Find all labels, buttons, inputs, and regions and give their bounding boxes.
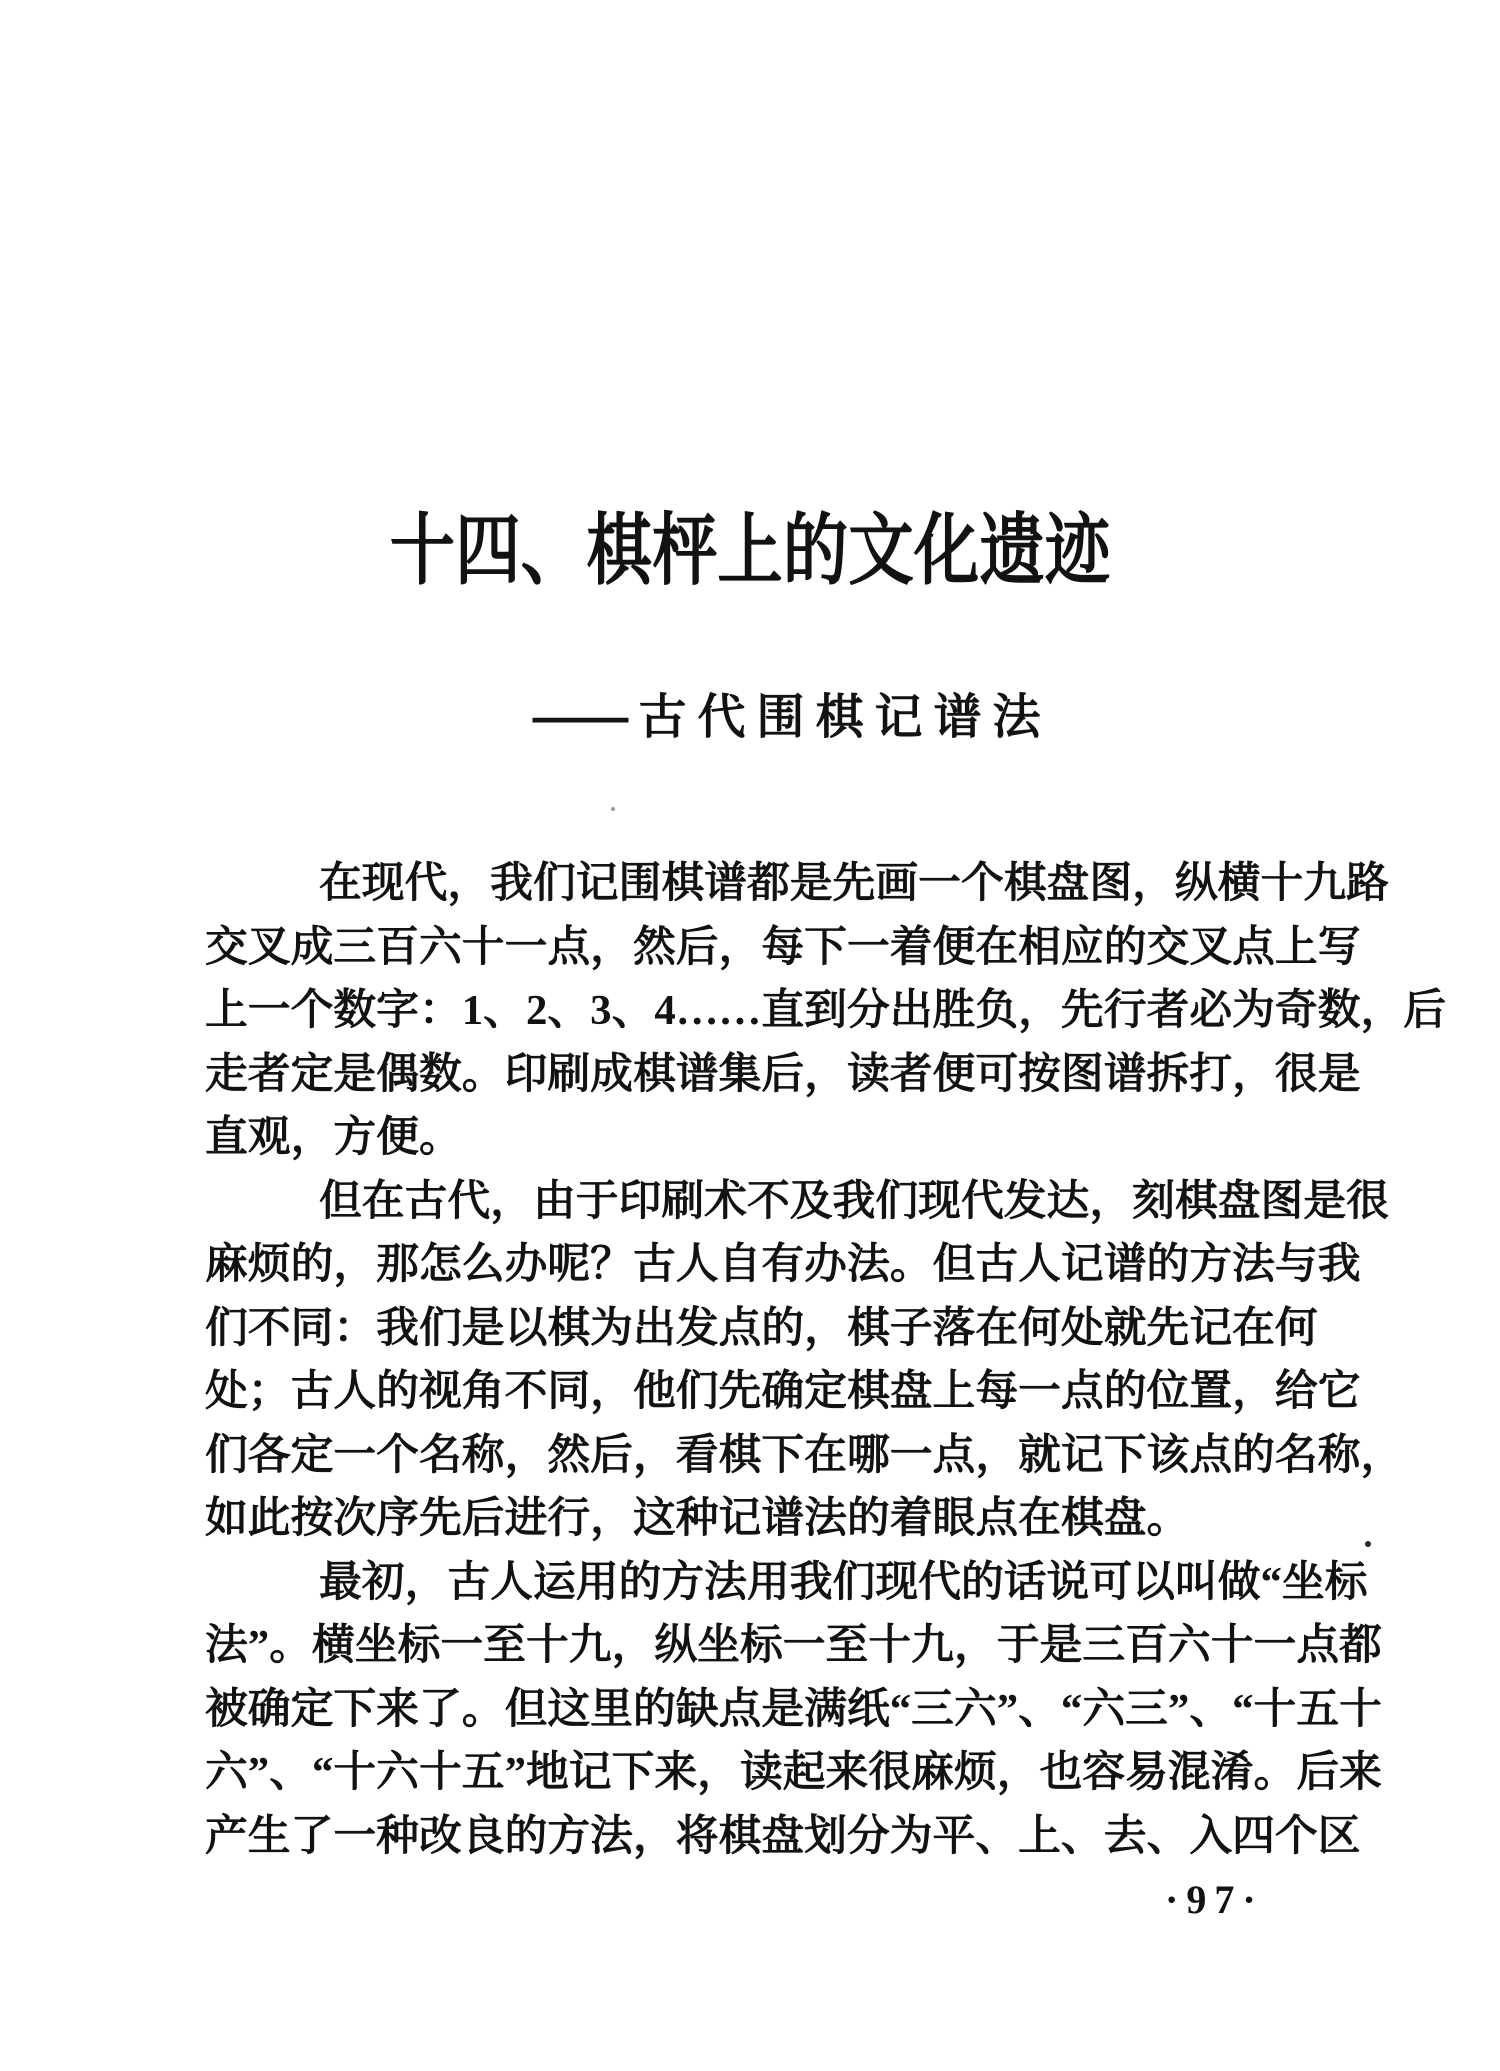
subtitle-text: 古代围棋记谱法 xyxy=(638,691,1051,744)
chapter-subtitle: ——古代围棋记谱法 xyxy=(0,690,1500,746)
page-number: ·97· xyxy=(1165,1876,1264,1923)
scanned-book-page: 十四、棋枰上的文化遗迹 ——古代围棋记谱法 在现代，我们记围棋谱都是先画一个棋盘… xyxy=(0,0,1500,2071)
body-line: 们不同：我们是以棋为出发点的，棋子落在何处就先记在何 xyxy=(205,1297,1375,1361)
body-text-block: 在现代，我们记围棋谱都是先画一个棋盘图，纵横十九路 交叉成三百六十一点，然后，每… xyxy=(205,852,1375,1868)
body-line: 法”。横坐标一至十九，纵坐标一至十九，于是三百六十一点都 xyxy=(205,1614,1375,1678)
chapter-title-text: 十四、棋枰上的文化遗迹 xyxy=(390,506,1111,594)
body-line: 六”、“十六十五”地记下来，读起来很麻烦，也容易混淆。后来 xyxy=(205,1741,1375,1805)
body-line: 麻烦的，那怎么办呢？古人自有办法。但古人记谱的方法与我 xyxy=(205,1233,1375,1297)
chapter-title: 十四、棋枰上的文化遗迹 xyxy=(0,506,1500,594)
chapter-subtitle-inner: ——古代围棋记谱法 xyxy=(532,690,1051,746)
body-line: 处；古人的视角不同，他们先确定棋盘上每一点的位置，给它 xyxy=(205,1360,1375,1424)
body-line: 走者定是偶数。印刷成棋谱集后，读者便可按图谱拆打，很是 xyxy=(205,1043,1375,1107)
body-line: 被确定下来了。但这里的缺点是满纸“三六”、“六三”、“十五十 xyxy=(205,1678,1375,1742)
body-line: 最初，古人运用的方法用我们现代的话说可以叫做“坐标 xyxy=(205,1551,1375,1615)
scan-speck xyxy=(611,807,615,811)
body-line: 直观，方便。 xyxy=(205,1106,1375,1170)
subtitle-dash: —— xyxy=(532,691,628,744)
body-line: 但在古代，由于印刷术不及我们现代发达，刻棋盘图是很 xyxy=(205,1170,1375,1234)
body-line: 在现代，我们记围棋谱都是先画一个棋盘图，纵横十九路 xyxy=(205,852,1375,916)
body-line: 们各定一个名称，然后，看棋下在哪一点，就记下该点的名称， xyxy=(205,1424,1375,1488)
scan-speck xyxy=(1365,1541,1371,1547)
body-line: 上一个数字：1、2、3、4……直到分出胜负，先行者必为奇数，后 xyxy=(205,979,1375,1043)
body-line: 产生了一种改良的方法，将棋盘划分为平、上、去、入四个区 xyxy=(205,1805,1375,1869)
body-line: 如此按次序先后进行，这种记谱法的着眼点在棋盘。 xyxy=(205,1487,1375,1551)
body-line: 交叉成三百六十一点，然后，每下一着便在相应的交叉点上写 xyxy=(205,916,1375,980)
